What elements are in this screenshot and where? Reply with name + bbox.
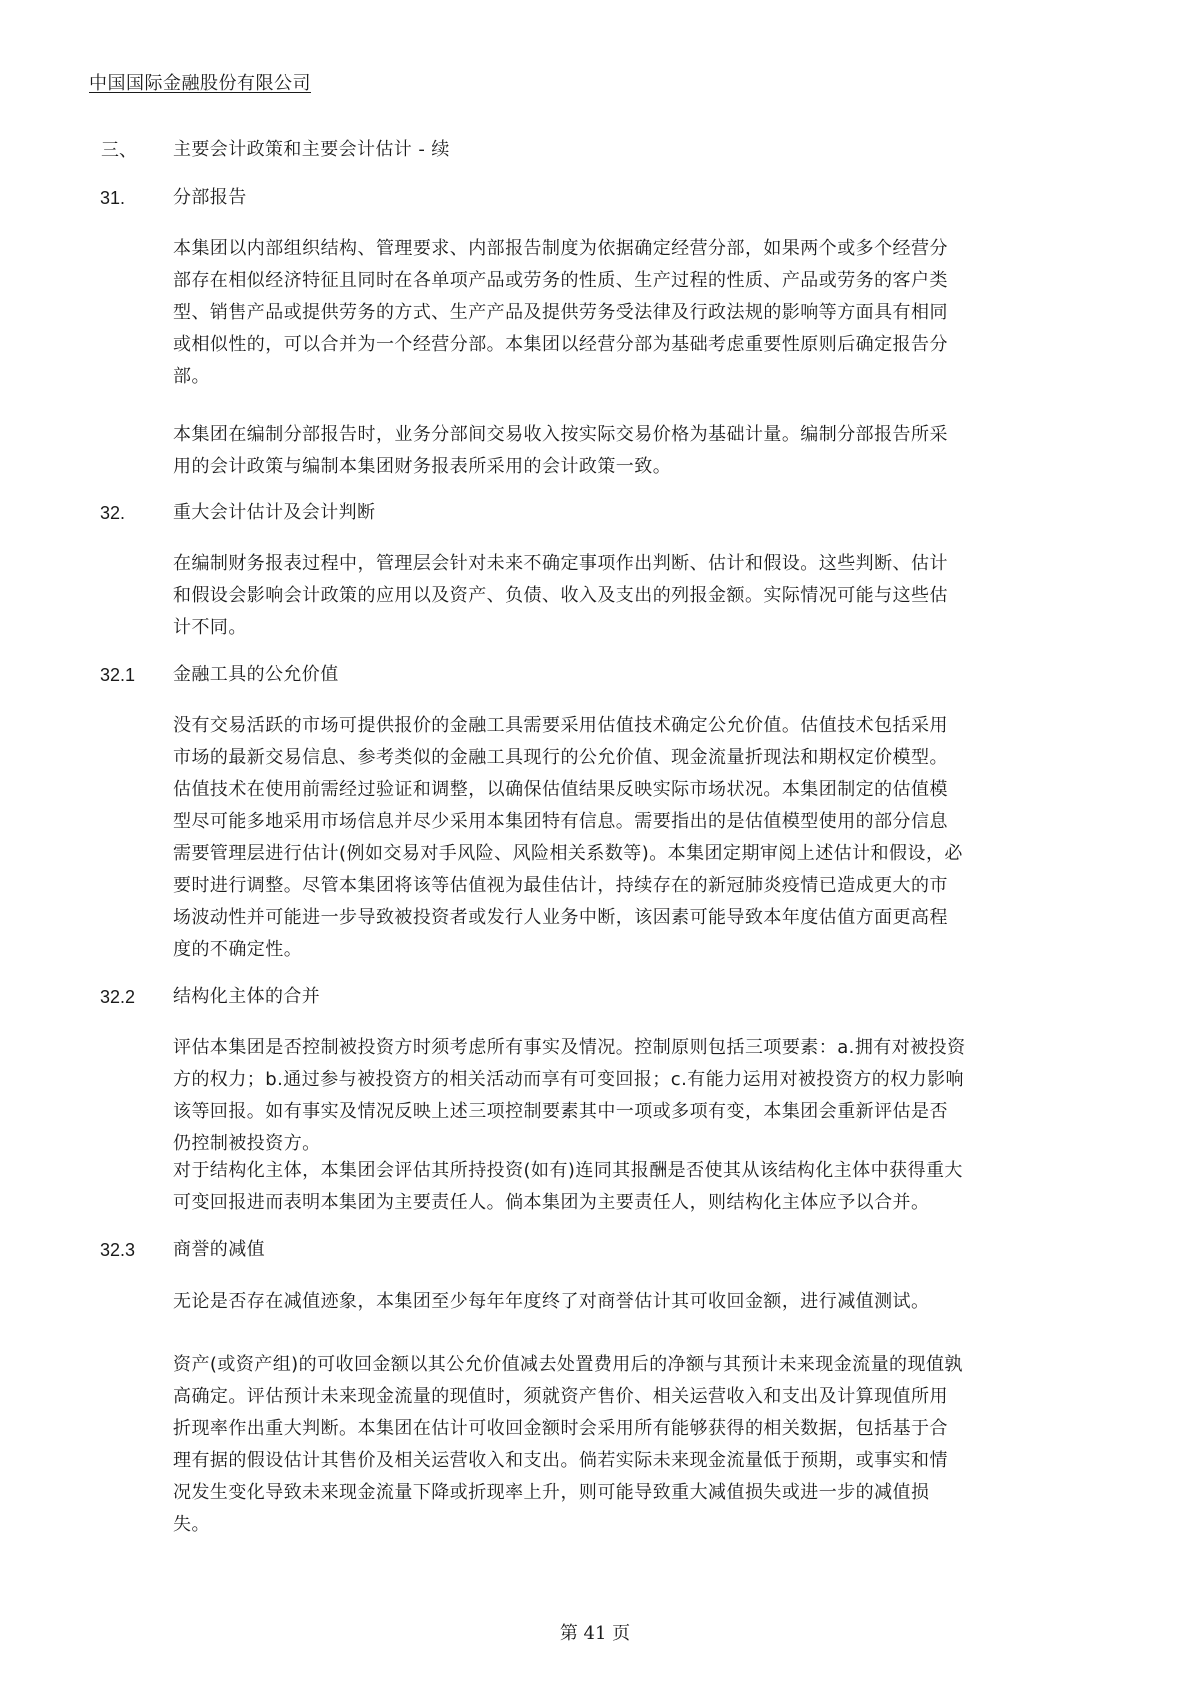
paragraph-line: 场波动性并可能进一步导致被投资者或发行人业务中断，该因素可能导致本年度估值方面更… (173, 902, 1119, 934)
paragraph-line: 部。 (173, 361, 1119, 393)
section-number: 32.3 (100, 1238, 135, 1262)
paragraph-line: 资产(或资产组)的可收回金额以其公允价值减去处置费用后的净额与其预计未来现金流量… (173, 1349, 1119, 1381)
paragraph: 对于结构化主体，本集团会评估其所持投资(如有)连同其报酬是否使其从该结构化主体中… (173, 1155, 1119, 1219)
section-title: 分部报告 (173, 186, 247, 210)
section-title: 金融工具的公允价值 (173, 663, 339, 687)
section-number: 31. (100, 186, 125, 210)
paragraph-line: 对于结构化主体，本集团会评估其所持投资(如有)连同其报酬是否使其从该结构化主体中… (173, 1155, 1119, 1187)
paragraph-line: 需要管理层进行估计(例如交易对手风险、风险相关系数等)。本集团定期审阅上述估计和… (173, 838, 1119, 870)
paragraph-line: 没有交易活跃的市场可提供报价的金融工具需要采用估值技术确定公允价值。估值技术包括… (173, 710, 1119, 742)
paragraph-line: 估值技术在使用前需经过验证和调整，以确保估值结果反映实际市场状况。本集团制定的估… (173, 774, 1119, 806)
paragraph-line: 在编制财务报表过程中，管理层会针对未来不确定事项作出判断、估计和假设。这些判断、… (173, 548, 1119, 580)
paragraph-line: 况发生变化导致未来现金流量下降或折现率上升，则可能导致重大减值损失或进一步的减值… (173, 1477, 1119, 1509)
chapter-title: 主要会计政策和主要会计估计 - 续 (173, 138, 450, 162)
section-title: 重大会计估计及会计判断 (173, 501, 375, 525)
paragraph-line: 要时进行调整。尽管本集团将该等估值视为最佳估计，持续存在的新冠肺炎疫情已造成更大… (173, 870, 1119, 902)
paragraph: 无论是否存在减值迹象，本集团至少每年年度终了对商誉估计其可收回金额，进行减值测试… (173, 1286, 1119, 1318)
paragraph-line: 本集团在编制分部报告时，业务分部间交易收入按实际交易价格为基础计量。编制分部报告… (173, 419, 1119, 451)
paragraph-line: 用的会计政策与编制本集团财务报表所采用的会计政策一致。 (173, 451, 1119, 483)
paragraph: 本集团在编制分部报告时，业务分部间交易收入按实际交易价格为基础计量。编制分部报告… (173, 419, 1119, 483)
paragraph-line: 市场的最新交易信息、参考类似的金融工具现行的公允价值、现金流量折现法和期权定价模… (173, 742, 1119, 774)
paragraph-line: 型尽可能多地采用市场信息并尽少采用本集团特有信息。需要指出的是估值模型使用的部分… (173, 806, 1119, 838)
paragraph-line: 可变回报进而表明本集团为主要责任人。倘本集团为主要责任人，则结构化主体应予以合并… (173, 1187, 1119, 1219)
paragraph-line: 折现率作出重大判断。本集团在估计可收回金额时会采用所有能够获得的相关数据，包括基… (173, 1413, 1119, 1445)
paragraph: 没有交易活跃的市场可提供报价的金融工具需要采用估值技术确定公允价值。估值技术包括… (173, 710, 1119, 966)
paragraph: 评估本集团是否控制被投资方时须考虑所有事实及情况。控制原则包括三项要素：a.拥有… (173, 1032, 1119, 1160)
paragraph-line: 理有据的假设估计其售价及相关运营收入和支出。倘若实际未来现金流量低于预期，或事实… (173, 1445, 1119, 1477)
section-title: 商誉的减值 (173, 1238, 265, 1262)
section-number: 32.1 (100, 663, 135, 687)
section-number: 32.2 (100, 985, 135, 1009)
paragraph: 本集团以内部组织结构、管理要求、内部报告制度为依据确定经营分部，如果两个或多个经… (173, 233, 1119, 393)
paragraph: 资产(或资产组)的可收回金额以其公允价值减去处置费用后的净额与其预计未来现金流量… (173, 1349, 1119, 1541)
paragraph-line: 部存在相似经济特征且同时在各单项产品或劳务的性质、生产过程的性质、产品或劳务的客… (173, 265, 1119, 297)
chapter-number: 三、 (101, 138, 137, 162)
paragraph-line: 或相似性的，可以合并为一个经营分部。本集团以经营分部为基础考虑重要性原则后确定报… (173, 329, 1119, 361)
paragraph: 在编制财务报表过程中，管理层会针对未来不确定事项作出判断、估计和假设。这些判断、… (173, 548, 1119, 644)
paragraph-line: 计不同。 (173, 612, 1119, 644)
page-number: 第 41 页 (0, 1622, 1190, 1646)
paragraph-line: 高确定。评估预计未来现金流量的现值时，须就资产售价、相关运营收入和支出及计算现值… (173, 1381, 1119, 1413)
section-title: 结构化主体的合并 (173, 985, 320, 1009)
paragraph-line: 和假设会影响会计政策的应用以及资产、负债、收入及支出的列报金额。实际情况可能与这… (173, 580, 1119, 612)
paragraph-line: 型、销售产品或提供劳务的方式、生产产品及提供劳务受法律及行政法规的影响等方面具有… (173, 297, 1119, 329)
paragraph-line: 失。 (173, 1509, 1119, 1541)
paragraph-line: 度的不确定性。 (173, 934, 1119, 966)
section-number: 32. (100, 501, 125, 525)
paragraph-line: 方的权力；b.通过参与被投资方的相关活动而享有可变回报；c.有能力运用对被投资方… (173, 1064, 1119, 1096)
paragraph-line: 本集团以内部组织结构、管理要求、内部报告制度为依据确定经营分部，如果两个或多个经… (173, 233, 1119, 265)
company-header: 中国国际金融股份有限公司 (89, 72, 311, 96)
paragraph-line: 无论是否存在减值迹象，本集团至少每年年度终了对商誉估计其可收回金额，进行减值测试… (173, 1286, 1119, 1318)
paragraph-line: 该等回报。如有事实及情况反映上述三项控制要素其中一项或多项有变，本集团会重新评估… (173, 1096, 1119, 1128)
paragraph-line: 评估本集团是否控制被投资方时须考虑所有事实及情况。控制原则包括三项要素：a.拥有… (173, 1032, 1119, 1064)
